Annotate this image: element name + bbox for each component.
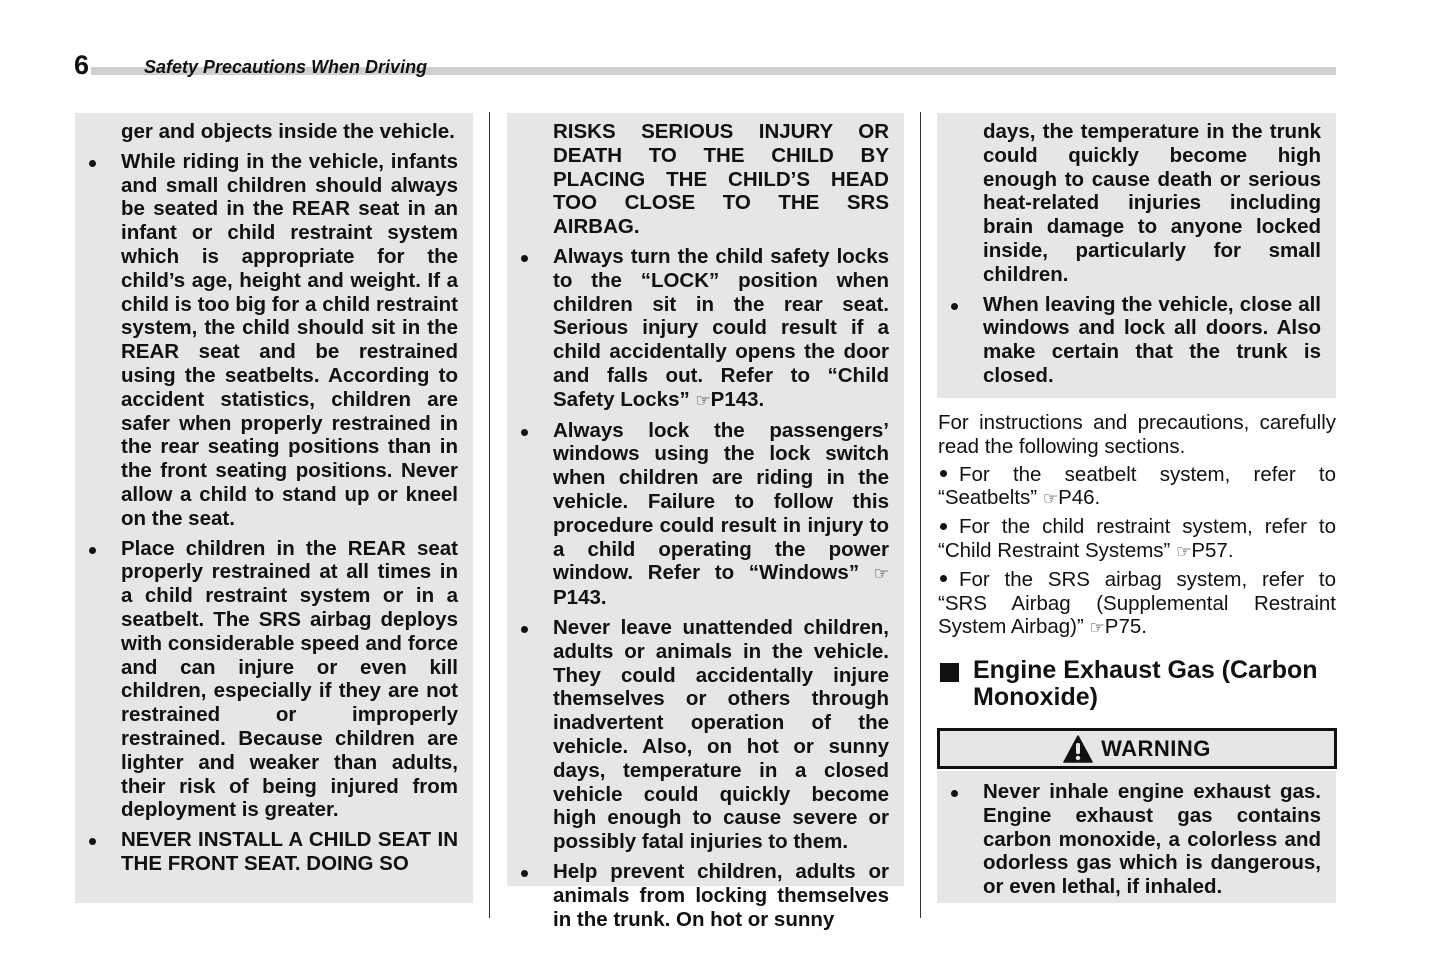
bullet-icon xyxy=(940,470,947,477)
column-divider xyxy=(920,112,921,918)
intro-text: For instructions and precautions, carefu… xyxy=(938,411,1336,459)
pointing-hand-icon: ☞ xyxy=(874,564,889,583)
bullet-icon xyxy=(940,575,947,582)
list-item: Always turn the child safety locks to th… xyxy=(507,245,889,413)
section-heading: Engine Exhaust Gas (Carbon Monoxide) xyxy=(938,657,1338,711)
page-header: 6 Safety Precautions When Driving xyxy=(74,50,1336,80)
column-divider xyxy=(489,112,490,918)
bullet-icon xyxy=(521,870,528,877)
bullet-icon xyxy=(89,838,96,845)
pointing-hand-icon: ☞ xyxy=(1043,489,1058,508)
bullet-icon xyxy=(89,160,96,167)
warning-banner: WARNING xyxy=(937,728,1337,769)
page-number: 6 xyxy=(74,50,91,80)
bullet-icon xyxy=(951,303,958,310)
page-reference-link[interactable]: P46. xyxy=(1058,486,1100,509)
continuation-text: ger and objects inside the vehicle. xyxy=(75,120,458,144)
list-item: When leaving the vehicle, close all wind… xyxy=(937,293,1321,388)
bullet-icon xyxy=(951,790,958,797)
warning-content-text: Never inhale engine exhaust gas. Engine … xyxy=(937,774,1321,899)
list-item: Help prevent children, adults or animals… xyxy=(507,860,889,931)
page-reference-link[interactable]: P143. xyxy=(553,586,607,609)
reference-item: For the seatbelt system, refer to “Seatb… xyxy=(938,463,1336,512)
list-item: While riding in the vehicle, infants and… xyxy=(75,150,458,531)
pointing-hand-icon: ☞ xyxy=(1090,618,1105,637)
warning-label: WARNING xyxy=(1101,736,1211,762)
pointing-hand-icon: ☞ xyxy=(1176,542,1191,561)
square-bullet-icon xyxy=(940,663,959,682)
warning-triangle-icon xyxy=(1063,735,1093,763)
list-item: Never inhale engine exhaust gas. Engine … xyxy=(937,780,1321,899)
bullet-icon xyxy=(521,255,528,262)
bullet-icon xyxy=(521,626,528,633)
column-2-text: RISKS SERIOUS INJURY OR DEATH TO THE CHI… xyxy=(507,120,889,931)
continuation-text: RISKS SERIOUS INJURY OR DEATH TO THE CHI… xyxy=(507,120,889,239)
bullet-icon xyxy=(521,429,528,436)
column-1-text: ger and objects inside the vehicle. Whil… xyxy=(75,120,458,876)
reference-section: For instructions and precautions, carefu… xyxy=(938,411,1336,640)
page-reference-link[interactable]: P75. xyxy=(1105,615,1147,638)
column-3-text: days, the temperature in the trunk could… xyxy=(937,120,1321,388)
pointing-hand-icon: ☞ xyxy=(695,391,710,410)
list-item: NEVER INSTALL A CHILD SEAT IN THE FRONT … xyxy=(75,828,458,876)
list-item: Never leave unattended children, adults … xyxy=(507,616,889,854)
list-item: Place children in the REAR seat properly… xyxy=(75,537,458,823)
continuation-text: days, the temperature in the trunk could… xyxy=(937,120,1321,287)
bullet-icon xyxy=(89,547,96,554)
list-item: Always lock the passengers’ windows usin… xyxy=(507,419,889,610)
page-reference-link[interactable]: P57. xyxy=(1191,539,1233,562)
bullet-icon xyxy=(940,523,947,530)
reference-item: For the child restraint system, refer to… xyxy=(938,515,1336,564)
reference-item: For the SRS airbag system, refer to “SRS… xyxy=(938,568,1336,640)
section-title: Safety Precautions When Driving xyxy=(144,56,427,78)
page-reference-link[interactable]: P143. xyxy=(711,388,765,411)
